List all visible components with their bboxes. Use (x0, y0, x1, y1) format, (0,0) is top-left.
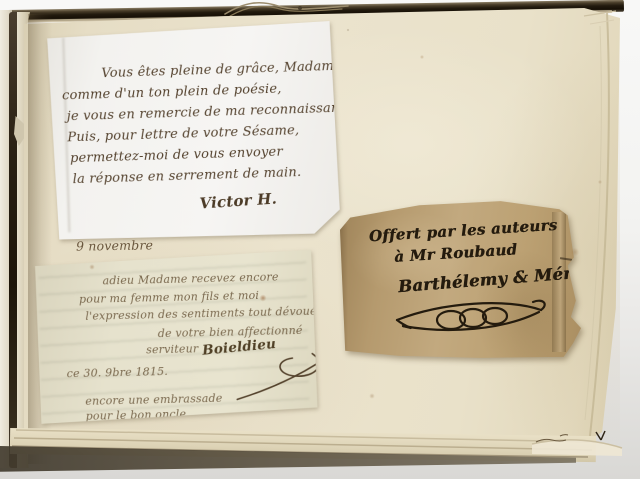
dedication-line: Offert par les auteurs (368, 216, 558, 245)
corner-pen-scrawl (560, 435, 568, 436)
letter-line: comme d'un ton plein de poésie, (62, 82, 282, 104)
letter-line: serviteur (146, 342, 199, 356)
white-letter: Vous êtes pleine de grâce, Madame, comme… (44, 21, 341, 242)
pale-letter: adieu Madame recevez encore pour ma femm… (32, 250, 318, 424)
photo-of-open-autograph-album: Vous êtes pleine de grâce, Madame, comme… (0, 0, 640, 479)
letter-line: Vous êtes pleine de grâce, Madame, (101, 59, 346, 82)
tan-paper-edge-shade (338, 224, 348, 354)
letter-date: ce 30. 9bre 1815. (67, 365, 169, 380)
signature-victor-h: Victor H. (199, 189, 277, 212)
signature-flourish (224, 347, 325, 409)
dedication-line: à Mr Roubaud (394, 240, 518, 265)
letter-line: la réponse en serrement de main. (72, 165, 301, 187)
letter-line: Puis, pour lettre de votre Sésame, (67, 123, 299, 145)
white-letter-paper: Vous êtes pleine de grâce, Madame, comme… (44, 21, 341, 242)
page-inscription: 9 novembre (76, 237, 153, 253)
letter-line: permettez-moi de vous envoyer (70, 145, 283, 167)
corner-pen-mark (596, 431, 605, 440)
signature-barthelemy-mery: Barthélemy & Méry (397, 263, 582, 296)
folded-page-corner (530, 428, 625, 458)
paraph-flourish (393, 294, 543, 338)
letter-line: je vous en remercie de ma reconnaissance… (67, 100, 360, 124)
tan-paper: Offert par les auteurs à Mr Roubaud Bart… (338, 196, 586, 362)
tan-dedication-note: Offert par les auteurs à Mr Roubaud Bart… (338, 196, 586, 362)
letter-postscript: pour le bon oncle. (86, 407, 191, 422)
pale-letter-paper: adieu Madame recevez encore pour ma femm… (32, 250, 318, 424)
